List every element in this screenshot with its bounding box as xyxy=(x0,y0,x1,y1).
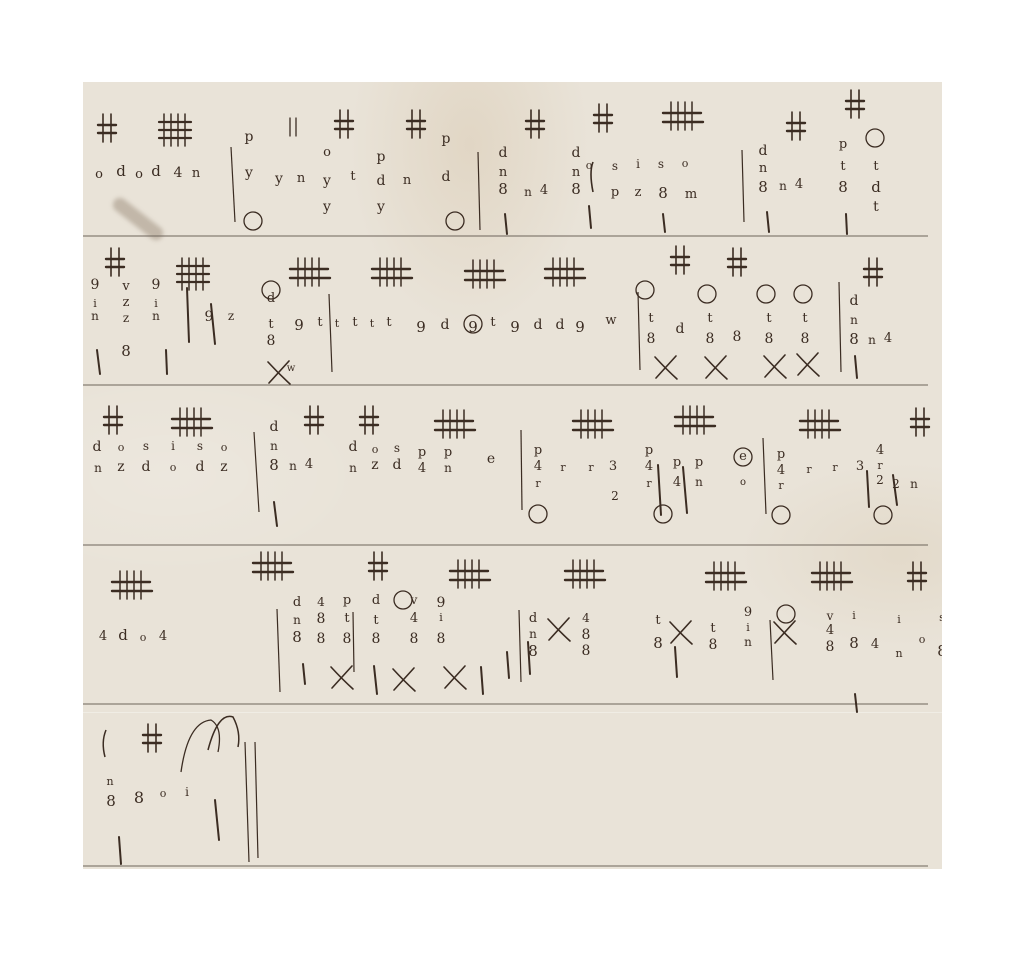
tab-char: n xyxy=(403,174,411,187)
tab-char: d xyxy=(116,164,126,179)
tab-char: t xyxy=(490,316,495,329)
tab-char: m xyxy=(685,188,697,201)
tab-char: z xyxy=(123,312,129,324)
tab-char: o xyxy=(586,160,593,171)
tab-char: d xyxy=(270,420,279,434)
tab-char: v xyxy=(122,280,129,293)
tab-char: 8 xyxy=(826,640,835,654)
tab-char: t xyxy=(352,316,357,329)
tab-char: e xyxy=(739,450,747,463)
tab-char: n xyxy=(297,172,305,185)
manuscript-page: o d o d 4 n p y y n o y y t p d y n p d … xyxy=(83,82,942,869)
tab-char: i xyxy=(171,440,175,452)
tab-char: r xyxy=(646,478,651,489)
tab-char: 8 xyxy=(937,644,942,659)
tab-char: 4 xyxy=(645,460,653,473)
tab-char: 4 xyxy=(826,624,834,637)
tab-char: p xyxy=(343,594,351,607)
tab-char: 8 xyxy=(410,632,419,646)
tab-char: t xyxy=(268,318,273,331)
tab-char: e xyxy=(487,452,495,466)
tab-char: y xyxy=(275,172,283,186)
tab-char: n xyxy=(572,166,580,179)
tab-char: v xyxy=(411,594,418,606)
tab-char: v xyxy=(827,610,834,622)
tab-char: i xyxy=(852,610,856,621)
tab-char: 2 xyxy=(876,474,884,486)
tab-char: w xyxy=(605,314,616,327)
tab-char: 4 xyxy=(305,458,313,471)
tab-char: r xyxy=(806,464,811,475)
tab-char: d xyxy=(676,322,685,336)
tab-char: d xyxy=(372,594,380,607)
tab-char: z xyxy=(371,458,378,472)
tab-char: w xyxy=(287,364,296,374)
tab-char: n xyxy=(524,186,532,198)
tab-char: n xyxy=(499,166,507,179)
tab-char: 8 xyxy=(582,628,591,642)
tab-char: 8 xyxy=(653,636,663,651)
tab-char: n xyxy=(192,167,200,180)
tab-char: p xyxy=(777,448,785,461)
tab-char: d xyxy=(267,292,275,305)
tab-char: o xyxy=(919,634,926,645)
tab-char: o xyxy=(323,146,331,159)
tab-char: o xyxy=(740,478,746,488)
tab-char: 8 xyxy=(801,332,810,346)
tab-char: n xyxy=(695,476,703,488)
tab-char: 4 xyxy=(410,612,418,625)
tab-char: 4 xyxy=(777,464,785,477)
tab-char: y xyxy=(377,200,385,214)
tab-char: 3 xyxy=(609,460,617,473)
tab-char: d xyxy=(151,164,161,179)
tab-char: s xyxy=(143,440,149,452)
tab-char: 9 xyxy=(437,596,446,610)
tab-glyphs: o d o d 4 n p y y n o y y t p d y n p d … xyxy=(83,82,942,869)
tab-char: t xyxy=(335,318,339,329)
tab-char: i xyxy=(636,158,640,170)
tab-char: n xyxy=(850,314,858,326)
tab-char: o xyxy=(221,442,228,453)
tab-char: 4 xyxy=(876,444,884,457)
tab-char: 9 xyxy=(294,318,304,333)
tab-char: d xyxy=(850,294,859,308)
tab-char: 8 xyxy=(269,458,279,473)
tab-char: 4 xyxy=(534,460,542,473)
tab-char: p xyxy=(673,456,681,469)
tab-char: d xyxy=(142,460,151,474)
tab-char: 8 xyxy=(121,344,131,359)
tab-char: 9 xyxy=(468,320,478,335)
tab-char: p xyxy=(534,444,542,457)
tab-char: z xyxy=(220,460,227,474)
tab-char: t xyxy=(707,312,712,325)
tab-char: t xyxy=(344,612,349,625)
tab-char: 8 xyxy=(849,636,859,651)
tab-char: 8 xyxy=(706,332,715,346)
tab-char: d xyxy=(349,440,358,454)
tab-char: n xyxy=(152,310,160,322)
tab-char: n xyxy=(759,162,767,175)
tab-char: n xyxy=(270,440,278,452)
tab-char: 8 xyxy=(733,330,742,344)
tab-char: i xyxy=(154,298,158,309)
tab-char: d xyxy=(377,174,386,188)
tab-char: p xyxy=(695,456,703,469)
tab-char: t xyxy=(350,170,355,183)
tab-char: d xyxy=(759,144,768,158)
tab-char: n xyxy=(910,478,918,490)
tab-char: t xyxy=(370,318,374,329)
tab-char: t xyxy=(873,200,879,214)
tab-char: n xyxy=(779,180,787,192)
tab-char: 9 xyxy=(91,278,100,292)
tab-char: d xyxy=(93,440,102,454)
tab-char: n xyxy=(289,460,297,472)
tab-char: d xyxy=(556,318,565,332)
tab-char: y xyxy=(245,166,253,180)
tab-char: n xyxy=(529,628,537,640)
tab-char: 9 xyxy=(152,278,161,292)
tab-char: t xyxy=(655,614,660,627)
tab-char: t xyxy=(766,312,771,325)
tab-char: t xyxy=(710,622,715,635)
tab-char: p xyxy=(611,186,619,199)
tab-char: n xyxy=(444,462,452,474)
tab-char: p xyxy=(839,138,847,151)
tab-char: d xyxy=(529,612,537,625)
tab-char: z xyxy=(123,296,130,309)
tab-char: 8 xyxy=(765,332,774,346)
tab-char: n xyxy=(349,462,357,474)
tab-char: s xyxy=(394,442,400,454)
tab-char: 8 xyxy=(838,180,848,195)
tab-char: i xyxy=(746,622,750,633)
tab-char: 4 xyxy=(884,332,892,345)
tab-char: s xyxy=(197,440,203,452)
tab-char: o xyxy=(135,168,143,181)
tab-char: r xyxy=(877,460,882,471)
tab-char: 3 xyxy=(856,460,864,473)
tab-char: 8 xyxy=(849,332,859,347)
tab-char: 8 xyxy=(372,632,381,646)
tab-char: t xyxy=(373,614,378,627)
tab-char: d xyxy=(441,318,450,332)
tab-char: s xyxy=(612,160,618,172)
tab-char: 4 xyxy=(871,638,879,651)
tab-char: 9 xyxy=(205,310,214,324)
tab-char: r xyxy=(588,462,593,473)
tab-char: 4 xyxy=(540,184,548,197)
tab-char: o xyxy=(682,158,689,169)
tab-char: 8 xyxy=(647,332,656,346)
tab-char: z xyxy=(117,460,124,474)
tab-char: i xyxy=(439,612,443,623)
tab-char: 8 xyxy=(437,632,446,646)
tab-char: r xyxy=(832,462,837,473)
tab-char: p xyxy=(442,132,451,146)
tab-char: d xyxy=(871,180,881,195)
tab-char: 8 xyxy=(317,612,326,626)
tab-char: r xyxy=(560,462,565,473)
tab-char: n xyxy=(293,614,301,626)
tab-char: y xyxy=(323,174,331,188)
tab-char: i xyxy=(897,614,901,625)
tab-char: 4 xyxy=(174,166,183,180)
tab-char: o xyxy=(95,168,103,181)
tab-char: d xyxy=(293,596,301,609)
tab-char: r xyxy=(535,478,540,489)
tab-char: 4 xyxy=(795,178,803,191)
tab-char: 8 xyxy=(582,644,591,658)
tab-char: p xyxy=(418,446,426,459)
tab-char: p xyxy=(444,446,452,459)
tab-char: 8 xyxy=(317,632,326,646)
tab-char: 8 xyxy=(528,644,538,659)
tab-char: i xyxy=(185,786,189,798)
tab-char: o xyxy=(160,788,167,799)
tab-char: 2 xyxy=(611,490,619,502)
tab-char: d xyxy=(499,146,508,160)
tab-char: d xyxy=(196,460,205,474)
tab-char: 4 xyxy=(159,630,167,643)
tab-char: t xyxy=(802,312,807,325)
tab-char: 4 xyxy=(99,630,107,643)
tab-char: 8 xyxy=(758,180,768,195)
tab-char: n xyxy=(868,334,876,346)
tab-char: n xyxy=(744,636,752,648)
tab-char: 9 xyxy=(744,606,752,619)
tab-char: o xyxy=(372,444,379,455)
tab-char: 2 xyxy=(892,478,900,490)
tab-char: 4 xyxy=(317,596,325,608)
tab-char: 8 xyxy=(658,186,668,201)
tab-char: t xyxy=(840,160,845,173)
tab-char: 8 xyxy=(134,790,144,806)
tab-char: d xyxy=(442,170,451,184)
tab-char: 8 xyxy=(571,182,581,197)
tab-char: n xyxy=(895,648,902,659)
tab-char: 8 xyxy=(292,630,302,645)
tab-char: z xyxy=(635,186,642,199)
tab-char: 8 xyxy=(106,794,116,809)
tab-char: n xyxy=(91,310,99,322)
tab-char: o xyxy=(170,462,177,473)
tab-char: d xyxy=(572,146,581,160)
tab-char: t xyxy=(386,316,391,329)
tab-char: d xyxy=(118,628,128,643)
tab-char: 8 xyxy=(343,632,352,646)
tab-char: n xyxy=(94,462,102,474)
tab-char: o xyxy=(118,442,125,453)
tab-char: t xyxy=(873,160,878,173)
tab-char: 9 xyxy=(510,320,520,335)
tab-char: 8 xyxy=(498,182,508,197)
tab-char: i xyxy=(93,298,97,309)
tab-char: p xyxy=(245,130,254,144)
tab-char: d xyxy=(393,458,402,472)
tab-char: 8 xyxy=(709,638,718,652)
tab-char: s xyxy=(658,158,664,170)
tab-char: 4 xyxy=(582,612,590,624)
tab-char: z xyxy=(228,310,234,322)
tab-char: t xyxy=(648,312,653,325)
tab-char: r xyxy=(778,480,783,491)
tab-char: p xyxy=(645,444,653,457)
tab-char: d xyxy=(534,318,543,332)
tab-char: 4 xyxy=(418,462,426,475)
tab-char: t xyxy=(317,316,322,329)
tab-char: 4 xyxy=(673,476,681,489)
tab-char: 8 xyxy=(267,334,276,348)
tab-char: 9 xyxy=(575,320,585,335)
tab-char: 9 xyxy=(416,320,426,335)
tab-char: p xyxy=(377,150,386,164)
tab-char: o xyxy=(140,632,147,643)
tab-char: n xyxy=(106,776,113,787)
tab-char: y xyxy=(323,200,331,214)
tab-char: s xyxy=(939,612,942,623)
